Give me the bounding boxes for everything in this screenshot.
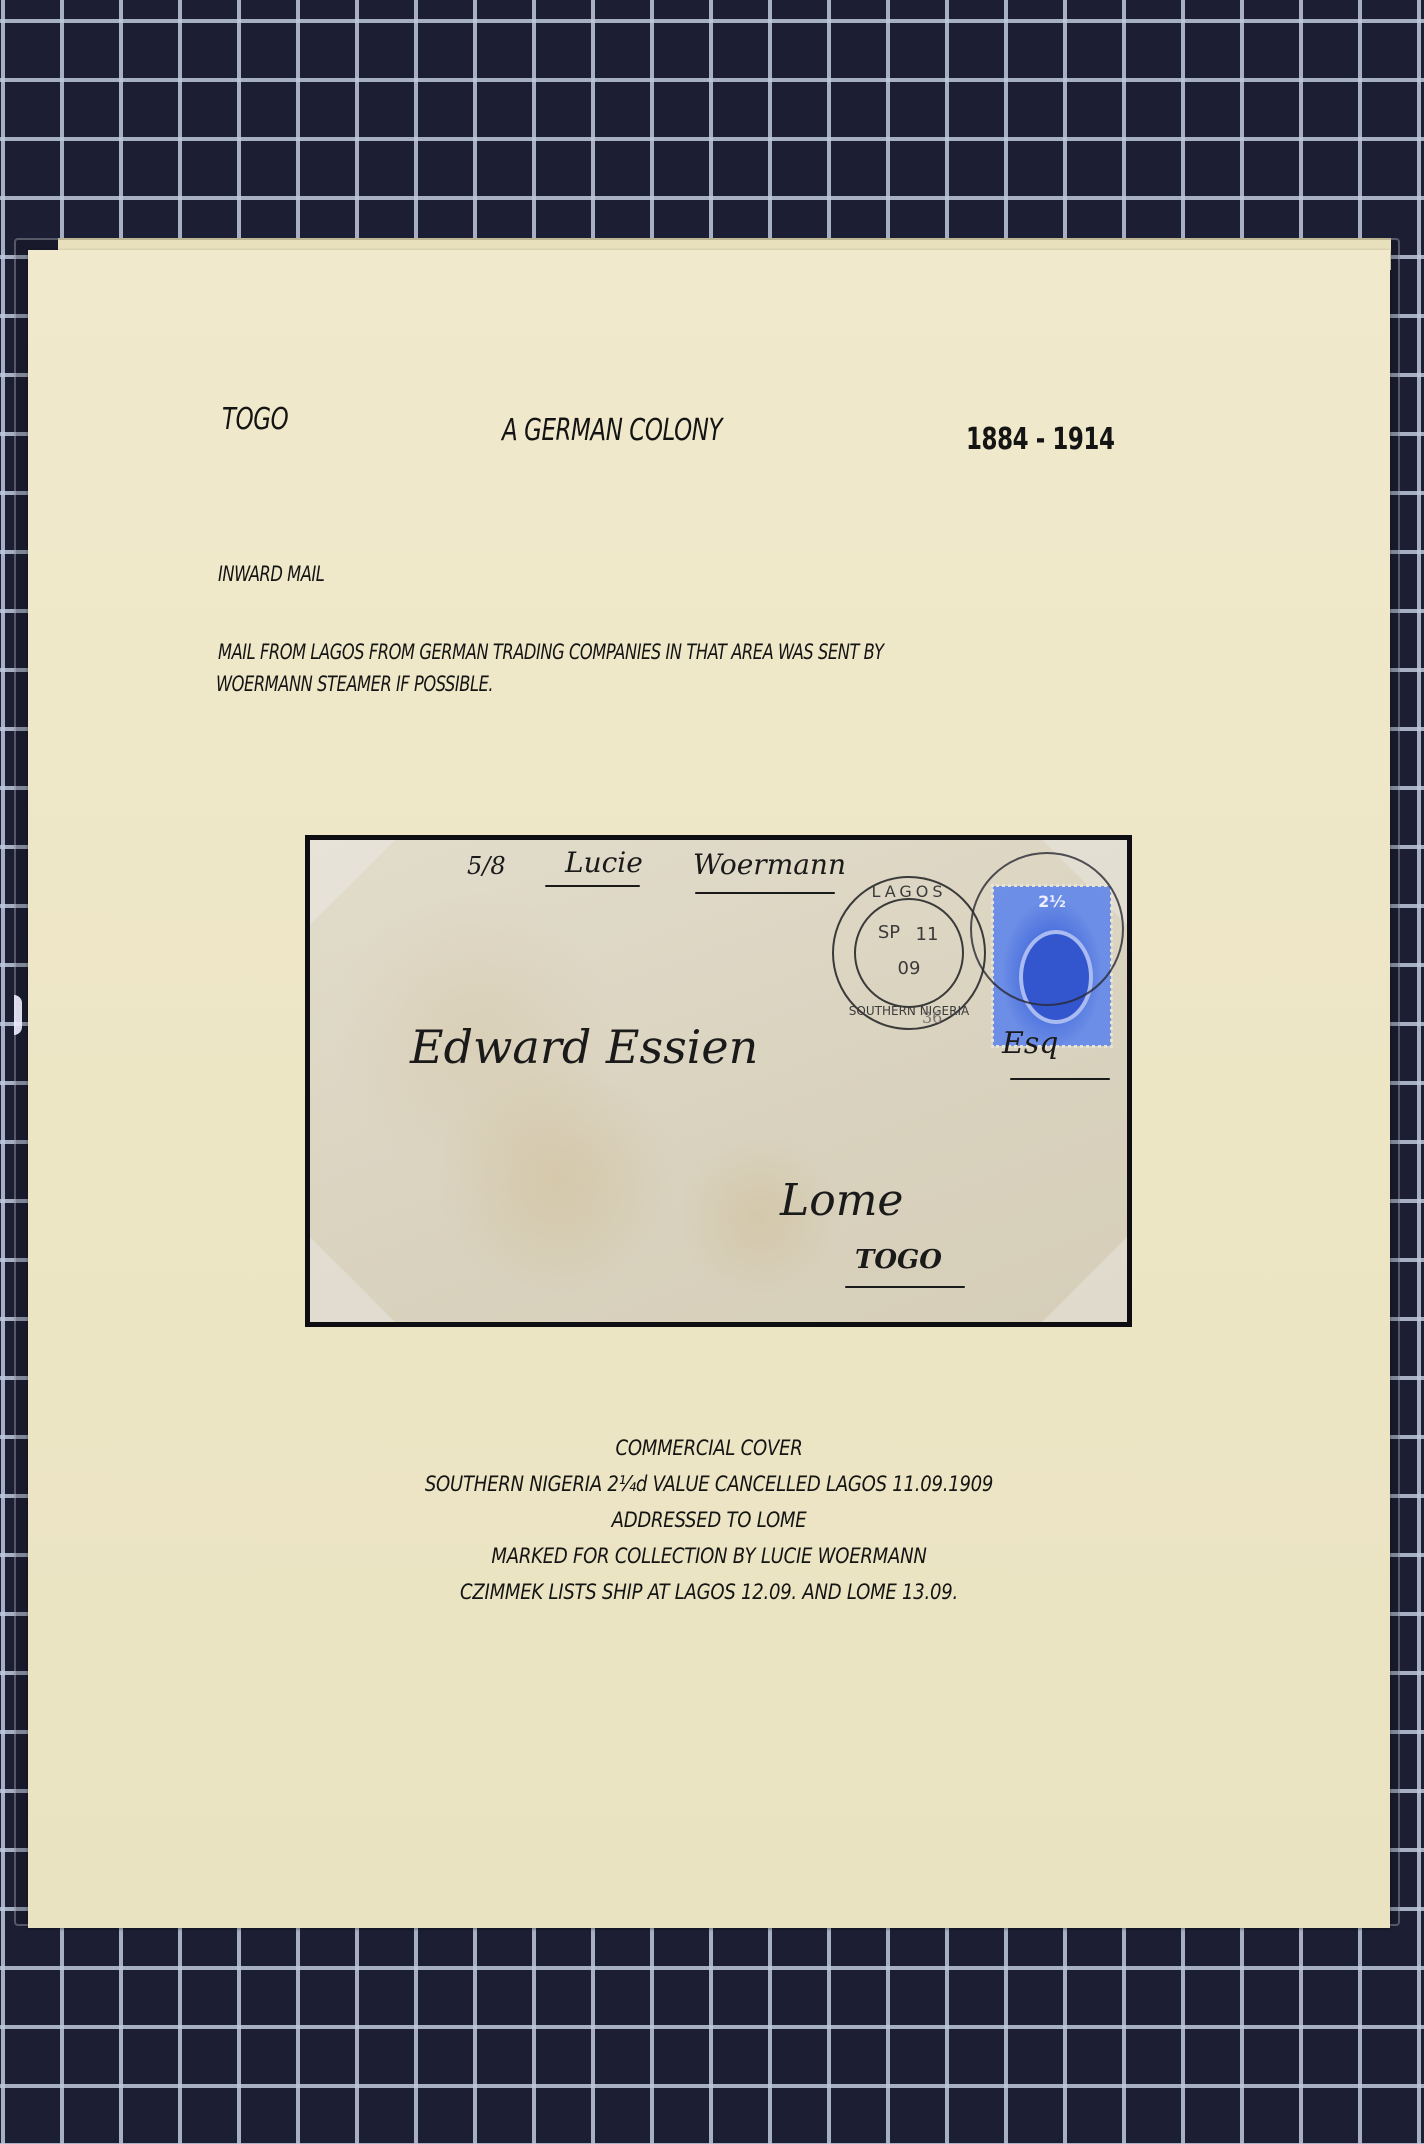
- postmark-on-stamp: [970, 852, 1124, 1006]
- postmark-day: 11: [912, 924, 942, 945]
- addressee-underline: [1010, 1078, 1110, 1080]
- mount-corner: [1042, 1237, 1127, 1322]
- title-country: TOGO: [222, 402, 288, 437]
- postmark-region: SOUTHERN NIGERIA: [844, 1004, 974, 1018]
- addressee-suffix: Esq: [1002, 1026, 1059, 1061]
- caption-line: MARKED FOR COLLECTION BY LUCIE WOERMANN: [123, 1538, 1294, 1574]
- manuscript-underline: [695, 892, 835, 894]
- postmark-inner-ring: [854, 898, 964, 1008]
- caption-line: COMMERCIAL COVER: [123, 1430, 1294, 1466]
- intro-line: MAIL FROM LAGOS FROM GERMAN TRADING COMP…: [218, 640, 884, 664]
- postmark-lagos: LAGOS SP 11 09 SOUTHERN NIGERIA: [832, 876, 986, 1030]
- pencil-note: 36: [922, 1008, 942, 1027]
- manuscript-name: Lucie: [565, 846, 643, 879]
- mount-corner: [310, 840, 395, 925]
- album-page: TOGO A GERMAN COLONY 1884 - 1914 INWARD …: [28, 250, 1390, 1928]
- cover-mount: 5/8 Lucie Woermann LAGOS SP 11 09 SOUTHE…: [305, 835, 1132, 1327]
- caption-line: ADDRESSED TO LOME: [123, 1502, 1294, 1538]
- postal-cover: 5/8 Lucie Woermann LAGOS SP 11 09 SOUTHE…: [310, 840, 1127, 1322]
- caption-line: CZIMMEK LISTS SHIP AT LAGOS 12.09. AND L…: [123, 1574, 1294, 1610]
- country-underline: [845, 1286, 965, 1288]
- manuscript-company: Woermann: [693, 848, 846, 881]
- manuscript-ref: 5/8: [467, 852, 506, 880]
- manuscript-underline: [545, 885, 640, 887]
- section-heading: INWARD MAIL: [218, 562, 324, 586]
- postmark-year: 09: [889, 958, 929, 979]
- destination-city: Lome: [780, 1175, 903, 1226]
- destination-country: TOGO: [855, 1245, 942, 1275]
- intro-line: WOERMANN STEAMER IF POSSIBLE.: [216, 672, 493, 696]
- addressee-name: Edward Essien: [410, 1020, 758, 1074]
- cover-description: COMMERCIAL COVER SOUTHERN NIGERIA 2¼d VA…: [28, 1430, 1390, 1610]
- caption-line: SOUTHERN NIGERIA 2¼d VALUE CANCELLED LAG…: [123, 1466, 1294, 1502]
- mount-corner: [310, 1237, 395, 1322]
- title-dates: 1884 - 1914: [966, 422, 1115, 457]
- sleeve-glare: [14, 995, 22, 1035]
- postmark-city: LAGOS: [864, 882, 954, 901]
- postmark-month: SP: [874, 922, 904, 943]
- title-subtitle: A GERMAN COLONY: [502, 413, 722, 448]
